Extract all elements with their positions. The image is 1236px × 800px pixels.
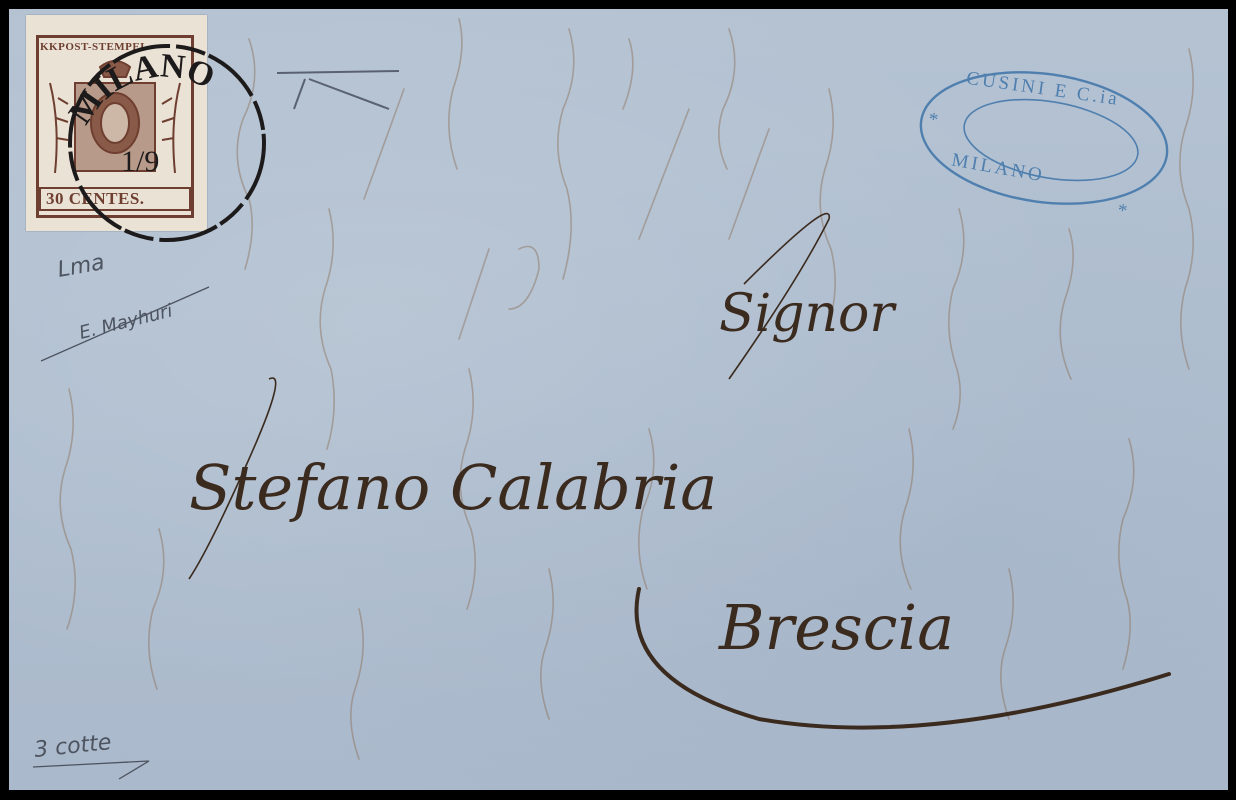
stamp-top-text: KKPOST-STEMPEL	[40, 41, 148, 53]
postage-stamp: KKPOST-STEMPEL 30 CENTES.	[26, 15, 207, 231]
postal-cover: KKPOST-STEMPEL 30 CENTES. MILANO 1/9	[9, 9, 1228, 790]
stamp-value: 30 CENTES.	[46, 189, 145, 209]
coat-of-arms-icon	[40, 53, 190, 183]
